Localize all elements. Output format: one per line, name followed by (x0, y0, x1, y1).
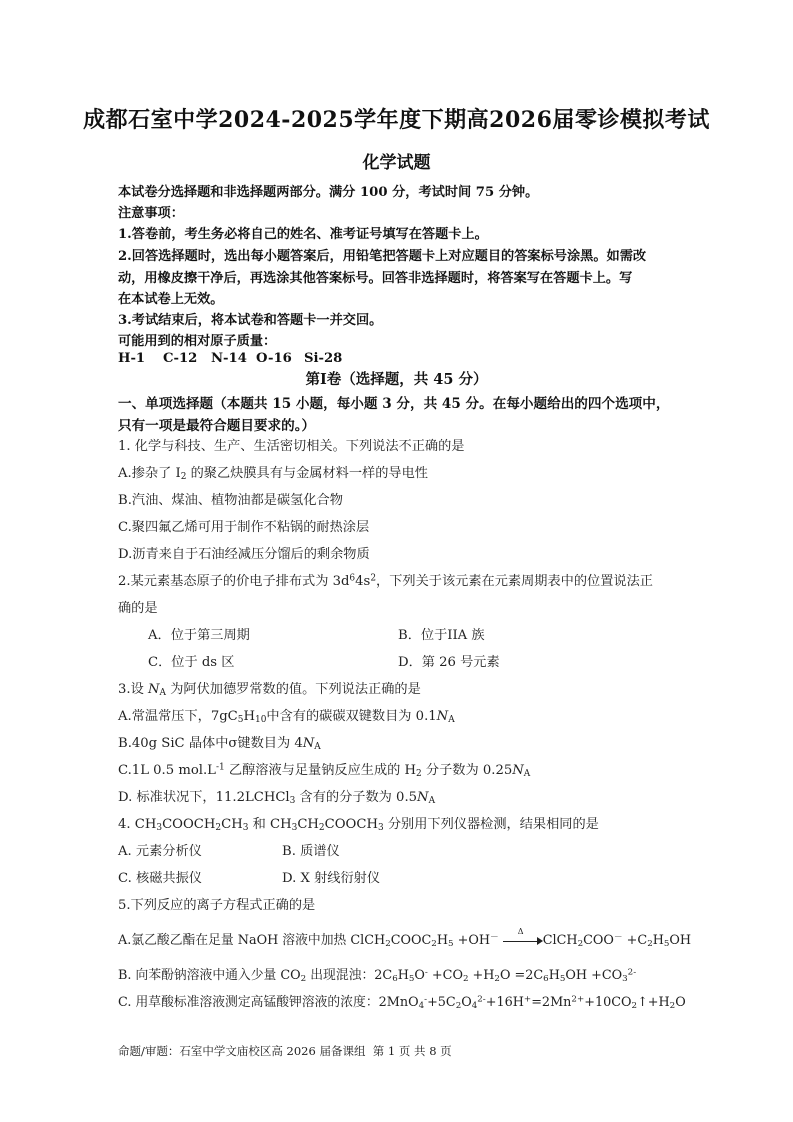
question-2-option-d: D．第 26 号元素 (398, 651, 500, 670)
question-2-option-a: A．位于第三周期 (148, 624, 250, 643)
atomic-mass-label: 可能用到的相对原子质量： (118, 330, 276, 349)
question-5-option-a: A.氯乙酸乙酯在足量 NaOH 溶液中加热 ClCH2COOC2H5 +OH－ … (118, 929, 691, 948)
question-4-stem: 4. CH3COOCH2CH3 和 CH3CH2COOCH3 分别用下列仪器检测… (118, 813, 599, 832)
question-4-option-b: B. 质谱仪 (282, 840, 340, 859)
question-3-option-d: D. 标准状况下，11.2LCHCl3 含有的分子数为 0.5NA (118, 786, 435, 805)
exam-title: 成都石室中学2024-2025学年度下期高2026届零诊模拟考试 (0, 103, 793, 134)
question-3-option-c: C.1L 0.5 mol.L-1 乙醇溶液与足量钠反应生成的 H2 分子数为 0… (118, 759, 530, 778)
note-2: 2.回答选择题时，选出每小题答案后，用铅笔把答题卡上对应题目的答案标号涂黑。如需… (118, 245, 646, 264)
question-2-option-c: C．位于 ds 区 (148, 651, 234, 670)
section-instructions-2: 只有一项是最符合题目要求的。） (118, 414, 315, 434)
question-1-option-a: A.掺杂了 I2 的聚乙炔膜具有与金属材料一样的导电性 (118, 462, 428, 481)
question-3-stem: 3.设 NA 为阿伏加德罗常数的值。下列说法正确的是 (118, 678, 421, 697)
page-footer: 命题/审题：石室中学文庙校区高 2026 届备课组 第 1 页 共 8 页 (118, 1043, 452, 1059)
question-3-option-a: A.常温常压下，7gC5H10中含有的碳碳双键数目为 0.1NA (118, 705, 455, 724)
question-1-option-d: D.沥青来自于石油经减压分馏后的剩余物质 (118, 543, 370, 562)
question-1-option-b: B.汽油、煤油、植物油都是碳氢化合物 (118, 489, 343, 508)
atomic-mass-o: O-16 (256, 351, 304, 366)
question-5-stem: 5.下列反应的离子方程式正确的是 (118, 894, 315, 913)
exam-page: 成都石室中学2024-2025学年度下期高2026届零诊模拟考试 化学试题 本试… (0, 0, 793, 1122)
question-1-stem: 1. 化学与科技、生产、生活密切相关。下列说法不正确的是 (118, 435, 464, 454)
question-5-option-c: C. 用草酸标准溶液测定高锰酸钾溶液的浓度：2MnO4-+5C2O42-+16H… (118, 991, 686, 1010)
exam-subject: 化学试题 (0, 148, 793, 173)
note-1: 1.答卷前，考生务必将自己的姓名、准考证号填写在答题卡上。 (118, 223, 488, 242)
question-4-option-a: A. 元素分析仪 (118, 840, 202, 859)
notice-label: 注意事项： (118, 202, 184, 221)
atomic-mass-list: H-1C-12N-14O-16Si-28 (118, 351, 342, 366)
page-number: 第 1 页 共 8 页 (373, 1044, 452, 1058)
exam-summary: 本试卷分选择题和非选择题两部分。满分 100 分，考试时间 75 分钟。 (118, 181, 538, 200)
reaction-arrow-icon: Δ (503, 936, 543, 946)
atomic-mass-si: Si-28 (304, 351, 342, 366)
question-1-number: 1. (118, 439, 131, 454)
question-2-stem: 2.某元素基态原子的价电子排布式为 3d64s2，下列关于该元素在元素周期表中的… (118, 570, 653, 589)
question-2-stem-cont: 确的是 (118, 597, 158, 616)
note-3: 3.考试结束后，将本试卷和答题卡一并交回。 (118, 309, 382, 328)
section-instructions-1: 一、单项选择题（本题共 15 小题，每小题 3 分，共 45 分。在每小题给出的… (118, 392, 669, 412)
question-1-option-c: C.聚四氟乙烯可用于制作不粘锅的耐热涂层 (118, 516, 369, 535)
question-2-option-b: B．位于IIA 族 (398, 624, 485, 643)
atomic-mass-c: C-12 (163, 351, 211, 366)
footer-author: 命题/审题：石室中学文庙校区高 2026 届备课组 (118, 1044, 365, 1058)
question-4-option-c: C. 核磁共振仪 (118, 867, 202, 886)
question-3-option-b: B.40g SiC 晶体中σ键数目为 4NA (118, 732, 321, 751)
question-5-option-b: B. 向苯酚钠溶液中通入少量 CO2 出现混浊：2C6H5O- +CO2 +H2… (118, 964, 636, 983)
note-2-cont: 动，用橡皮擦干净后，再选涂其他答案标号。回答非选择题时，将答案写在答题卡上。写 (118, 267, 632, 286)
note-2-end: 在本试卷上无效。 (118, 288, 224, 307)
section-title: 第Ⅰ卷（选择题，共 45 分） (0, 368, 793, 389)
atomic-mass-h: H-1 (118, 351, 163, 366)
atomic-mass-n: N-14 (211, 351, 256, 366)
question-4-option-d: D. X 射线衍射仪 (282, 867, 380, 886)
